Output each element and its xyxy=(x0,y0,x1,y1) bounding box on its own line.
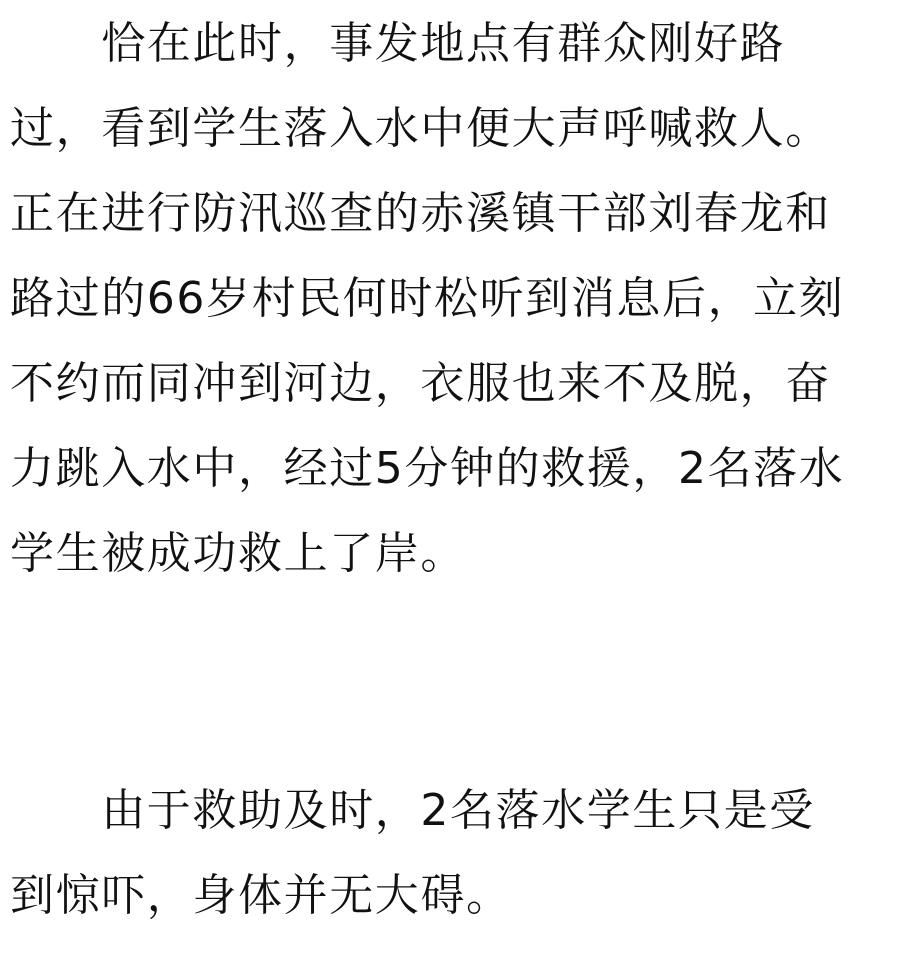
text-line: 不约而同冲到河边，衣服也来不及脱，奋 xyxy=(10,354,831,414)
text-line: 到惊吓，身体并无大碍。 xyxy=(10,866,512,926)
text-line: 学生被成功救上了岸。 xyxy=(10,524,466,584)
text-line: 由于救助及时，2名落水学生只是受 xyxy=(10,781,815,841)
text-line: 恰在此时，事发地点有群众刚好路 xyxy=(10,14,785,74)
text-line: 过，看到学生落入水中便大声呼喊救人。 xyxy=(10,99,831,159)
text-line: 力跳入水中，经过5分钟的救援，2名落水 xyxy=(10,439,844,499)
text-line: 路过的66岁村民何时松听到消息后，立刻 xyxy=(10,269,844,329)
text-line: 正在进行防汛巡查的赤溪镇干部刘春龙和 xyxy=(10,184,831,244)
